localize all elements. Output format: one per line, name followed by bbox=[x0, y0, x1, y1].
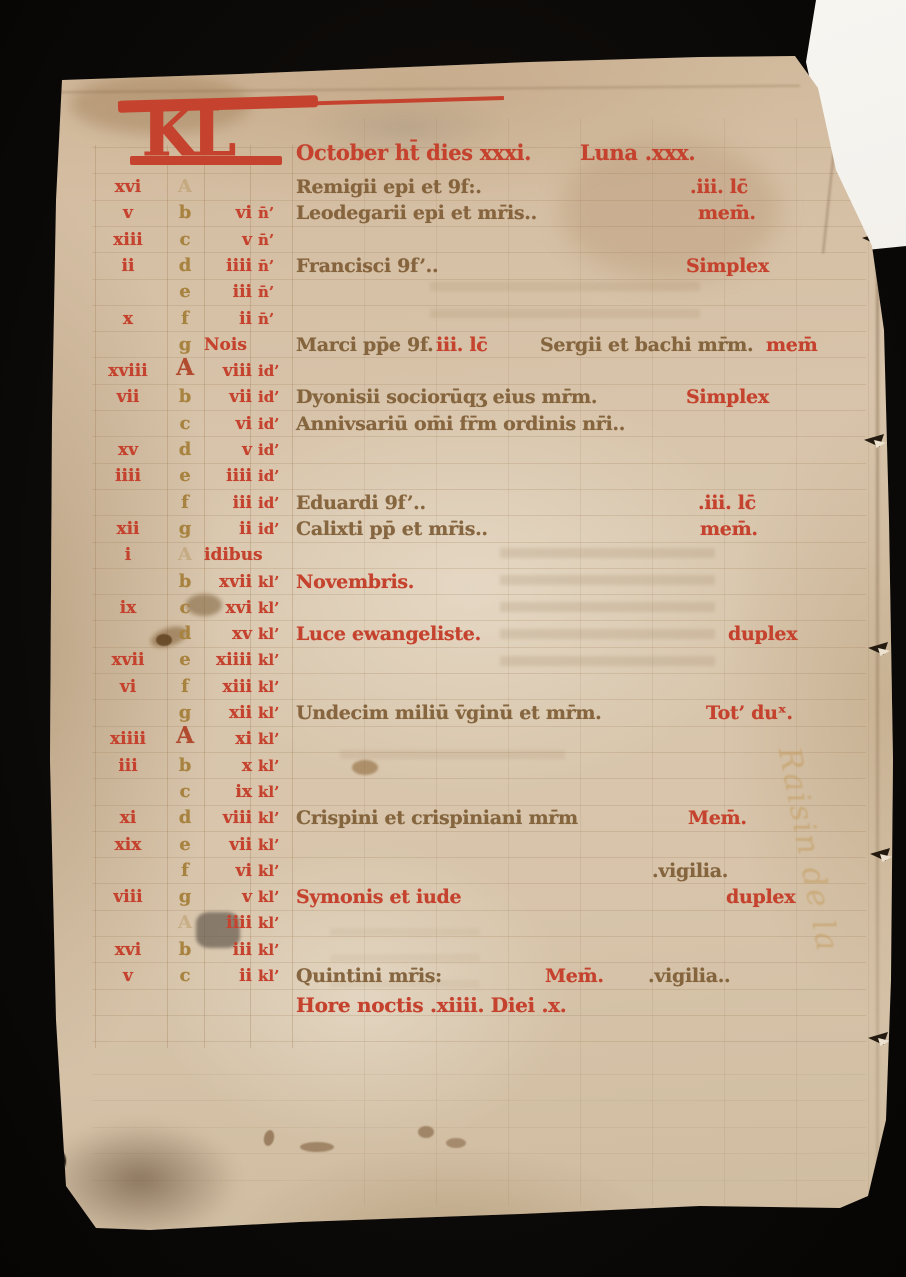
ruling-line bbox=[92, 436, 866, 437]
calendar-row: xviiiAviiiid’ bbox=[0, 358, 906, 385]
kl-bottom-bar bbox=[130, 156, 282, 165]
roman-mark: id’ bbox=[258, 463, 298, 489]
calendar-row: vifxiiikl’ bbox=[0, 674, 906, 701]
dominical-letter: b bbox=[168, 753, 202, 779]
day-number: ii bbox=[198, 306, 252, 332]
dominical-letter: g bbox=[168, 884, 202, 910]
day-number: x bbox=[198, 753, 252, 779]
roman-mark: n̄’ bbox=[258, 279, 298, 305]
ruling-line bbox=[92, 357, 866, 358]
day-number: v bbox=[198, 884, 252, 910]
dominical-letter: f bbox=[168, 490, 202, 516]
golden-number: xiii bbox=[96, 227, 160, 253]
calendar-row: xidviiikl’Crispini et crispiniani mr̄mMe… bbox=[0, 805, 906, 832]
golden-number: iiii bbox=[96, 463, 160, 489]
smudge bbox=[196, 912, 240, 948]
roman-mark: id’ bbox=[258, 411, 298, 437]
feast-entry: Luce ewangeliste. bbox=[296, 621, 481, 647]
day-number: iii bbox=[198, 490, 252, 516]
show-through-text bbox=[330, 928, 480, 994]
calendar-row: fiiiid’Eduardi 9f’...iii. lc̄ bbox=[0, 490, 906, 517]
feast-entry: Remigii epi et 9f:. bbox=[296, 174, 482, 200]
golden-number: i bbox=[96, 542, 160, 568]
dominical-letter: c bbox=[168, 779, 202, 805]
feast-entry: Calixti pp̄ et mr̄is.. bbox=[296, 516, 488, 542]
calendar-row: xiigiiid’Calixti pp̄ et mr̄is..mem̄. bbox=[0, 516, 906, 543]
roman-mark: id’ bbox=[258, 358, 298, 384]
stain bbox=[352, 760, 378, 775]
dominical-letter: e bbox=[168, 463, 202, 489]
calendar-row: iAidibus bbox=[0, 542, 906, 569]
golden-number: xi bbox=[96, 805, 160, 831]
day-number: viii bbox=[198, 358, 252, 384]
feast-entry: Mem̄. bbox=[688, 805, 747, 831]
feast-entry: Mem̄. bbox=[545, 963, 604, 989]
day-number: vi bbox=[198, 200, 252, 226]
ruling-line bbox=[92, 542, 866, 543]
roman-mark: kl’ bbox=[258, 805, 298, 831]
calendar-row: cixkl’ bbox=[0, 779, 906, 806]
roman-mark: id’ bbox=[258, 516, 298, 542]
dominical-letter: c bbox=[168, 411, 202, 437]
ink-spot bbox=[156, 634, 172, 646]
ruling-line bbox=[92, 778, 866, 779]
ruling-line bbox=[92, 384, 866, 385]
dominical-letter: d bbox=[168, 253, 202, 279]
roman-mark: id’ bbox=[258, 384, 298, 410]
roman-mark: id’ bbox=[258, 437, 298, 463]
dominical-letter: f bbox=[168, 674, 202, 700]
day-number: vi bbox=[198, 858, 252, 884]
offset-mark bbox=[446, 1138, 466, 1148]
day-number: vi bbox=[198, 411, 252, 437]
calendar-row: viibviiid’Dyonisii sociorūqʒ eius mr̄m.S… bbox=[0, 384, 906, 411]
roman-mark: n̄’ bbox=[258, 253, 298, 279]
roman-mark: kl’ bbox=[258, 858, 298, 884]
dominical-letter: e bbox=[168, 279, 202, 305]
golden-number: xvii bbox=[96, 647, 160, 673]
roman-mark: n̄’ bbox=[258, 227, 298, 253]
feast-entry: duplex bbox=[726, 884, 795, 910]
roman-mark: kl’ bbox=[258, 937, 298, 963]
golden-number: xviii bbox=[96, 358, 160, 384]
kl-monogram: KL bbox=[126, 94, 316, 172]
day-number: Nois bbox=[204, 332, 314, 358]
dominical-letter: e bbox=[168, 832, 202, 858]
feast-entry: iii. lc̄ bbox=[436, 332, 488, 358]
roman-mark: kl’ bbox=[258, 647, 298, 673]
ruling-line bbox=[92, 1100, 866, 1101]
calendar-row: gxiikl’Undecim miliū v̄ginū et mr̄m.Tot’… bbox=[0, 700, 906, 727]
dominical-letter: b bbox=[168, 200, 202, 226]
ruling-line bbox=[92, 726, 866, 727]
feast-entry: mem̄ bbox=[766, 332, 817, 358]
roman-mark: kl’ bbox=[258, 595, 298, 621]
fold-crease bbox=[876, 250, 879, 1200]
feast-entry: .iii. lc̄ bbox=[698, 490, 756, 516]
day-number: xv bbox=[198, 621, 252, 647]
ruling-line bbox=[167, 145, 168, 1048]
golden-number: viii bbox=[96, 884, 160, 910]
ruling-line bbox=[92, 489, 866, 490]
day-number: idibus bbox=[204, 542, 314, 568]
luna-header: Luna .xxx. bbox=[580, 140, 695, 166]
golden-number: v bbox=[96, 963, 160, 989]
ruling-line bbox=[92, 568, 866, 569]
roman-mark: id’ bbox=[258, 490, 298, 516]
ruling-line bbox=[92, 699, 866, 700]
golden-number: vii bbox=[96, 384, 160, 410]
ruling-line bbox=[250, 145, 251, 1048]
feast-entry: Dyonisii sociorūqʒ eius mr̄m. bbox=[296, 384, 597, 410]
ruling-line bbox=[364, 118, 365, 1205]
ruling-line bbox=[92, 805, 866, 806]
dominical-letter: d bbox=[168, 805, 202, 831]
ruling-line bbox=[92, 1074, 866, 1075]
ruling-line bbox=[92, 647, 866, 648]
ruling-line bbox=[92, 831, 866, 832]
ruling-line bbox=[92, 279, 866, 280]
feast-entry: mem̄. bbox=[700, 516, 758, 542]
ruling-line bbox=[92, 410, 866, 411]
ruling-line bbox=[92, 883, 866, 884]
month-header: October ht̄ dies xxxi. bbox=[296, 140, 531, 166]
golden-number: x bbox=[96, 306, 160, 332]
ruling-line bbox=[92, 620, 866, 621]
dominical-letter: A bbox=[168, 542, 202, 568]
feast-entry: Francisci 9f’.. bbox=[296, 253, 438, 279]
golden-number: iii bbox=[96, 753, 160, 779]
day-number: ii bbox=[198, 963, 252, 989]
ruling-line bbox=[95, 145, 96, 1048]
smudge bbox=[186, 594, 222, 616]
roman-mark: n̄’ bbox=[258, 200, 298, 226]
calendar-row: viiigvkl’Symonis et iudeduplex bbox=[0, 884, 906, 911]
ruling-line bbox=[92, 515, 866, 516]
roman-mark: kl’ bbox=[258, 910, 298, 936]
golden-number: xvi bbox=[96, 937, 160, 963]
roman-mark: kl’ bbox=[258, 621, 298, 647]
dominical-letter: c bbox=[168, 227, 202, 253]
day-number: iiii bbox=[198, 253, 252, 279]
feast-entry: Undecim miliū v̄ginū et mr̄m. bbox=[296, 700, 601, 726]
calendar-row: xvdvid’ bbox=[0, 437, 906, 464]
calendar-row: ixcxvikl’ bbox=[0, 595, 906, 622]
roman-mark: kl’ bbox=[258, 884, 298, 910]
day-number: ii bbox=[198, 516, 252, 542]
dominical-letter: A bbox=[168, 355, 202, 381]
ruling-line bbox=[724, 118, 725, 1205]
roman-mark: kl’ bbox=[258, 674, 298, 700]
roman-mark: kl’ bbox=[258, 963, 298, 989]
ruling-line bbox=[92, 673, 866, 674]
ruling-line bbox=[796, 118, 797, 1205]
calendar-row: xviiexiiiikl’ bbox=[0, 647, 906, 674]
calendar-row: iidiiiin̄’Francisci 9f’..Simplex bbox=[0, 253, 906, 280]
dominical-letter: g bbox=[168, 700, 202, 726]
show-through-text bbox=[430, 282, 700, 322]
roman-mark: kl’ bbox=[258, 779, 298, 805]
day-number: iiii bbox=[198, 463, 252, 489]
dominical-letter: g bbox=[168, 332, 202, 358]
feast-entry: Novembris. bbox=[296, 569, 414, 595]
calendar-row: gNoisMarci pp̄e 9f.iii. lc̄Sergii et bac… bbox=[0, 332, 906, 359]
dominical-letter: f bbox=[168, 306, 202, 332]
ruling-line bbox=[92, 331, 866, 332]
calendar-row: bxviikl’Novembris. bbox=[0, 569, 906, 596]
feast-entry: Crispini et crispiniani mr̄m bbox=[296, 805, 578, 831]
golden-number: xv bbox=[96, 437, 160, 463]
dominical-letter: e bbox=[168, 647, 202, 673]
day-number: xiiii bbox=[198, 647, 252, 673]
offset-mark bbox=[300, 1142, 334, 1152]
roman-mark: kl’ bbox=[258, 569, 298, 595]
day-number: viii bbox=[198, 805, 252, 831]
feast-entry: Leodegarii epi et mr̄is.. bbox=[296, 200, 537, 226]
offset-mark bbox=[418, 1126, 434, 1138]
feast-entry: Marci pp̄e 9f. bbox=[296, 332, 433, 358]
feast-entry: duplex bbox=[728, 621, 797, 647]
golden-number: v bbox=[96, 200, 160, 226]
day-number: v bbox=[198, 227, 252, 253]
ruling-line bbox=[92, 1041, 866, 1042]
ruling-line bbox=[868, 118, 869, 1205]
feast-entry: Eduardi 9f’.. bbox=[296, 490, 426, 516]
dominical-letter: b bbox=[168, 384, 202, 410]
calendar-row: iiiieiiiiid’ bbox=[0, 463, 906, 490]
roman-mark: kl’ bbox=[258, 726, 298, 752]
dominical-letter: b bbox=[168, 569, 202, 595]
dominical-letter: d bbox=[168, 437, 202, 463]
ruling-line bbox=[92, 463, 866, 464]
feast-entry: Sergii et bachi mr̄m. bbox=[540, 332, 753, 358]
feast-entry: .vigilia.. bbox=[648, 963, 730, 989]
golden-number: ix bbox=[96, 595, 160, 621]
golden-number: xii bbox=[96, 516, 160, 542]
roman-mark: kl’ bbox=[258, 753, 298, 779]
day-number: vii bbox=[198, 832, 252, 858]
hours-line: Hore noctis .xiiii. Diei .x. bbox=[296, 992, 566, 1018]
roman-mark: kl’ bbox=[258, 700, 298, 726]
day-number: xii bbox=[198, 700, 252, 726]
dominical-letter: c bbox=[168, 963, 202, 989]
ruling-line bbox=[292, 145, 293, 1048]
parchment-page: KL October ht̄ dies xxxi. Luna .xxx. xvi… bbox=[0, 0, 906, 1277]
day-number: xvii bbox=[198, 569, 252, 595]
dominical-letter: A bbox=[168, 723, 202, 749]
day-number: v bbox=[198, 437, 252, 463]
feast-entry: .vigilia. bbox=[652, 858, 728, 884]
show-through-text bbox=[500, 548, 715, 670]
dominical-letter: A bbox=[168, 174, 202, 200]
feast-entry: Annivsariū om̄i fr̄m ordinis nr̄i.. bbox=[296, 411, 625, 437]
roman-mark: kl’ bbox=[258, 832, 298, 858]
dominical-letter: f bbox=[168, 858, 202, 884]
day-number: iii bbox=[198, 279, 252, 305]
feast-entry: Tot’ duˣ. bbox=[706, 700, 793, 726]
calendar-row: fvikl’.vigilia. bbox=[0, 858, 906, 885]
offset-mark bbox=[262, 1129, 275, 1147]
golden-number: vi bbox=[96, 674, 160, 700]
dominical-letter: g bbox=[168, 516, 202, 542]
feast-entry: Symonis et iude bbox=[296, 884, 461, 910]
golden-number: xiiii bbox=[96, 726, 160, 752]
sewing-hole bbox=[868, 640, 894, 658]
calendar-row: xixeviikl’ bbox=[0, 832, 906, 859]
feast-entry: Simplex bbox=[686, 384, 769, 410]
ruling-line bbox=[92, 857, 866, 858]
manuscript-photo: { "manuscript": { "kl_monogram": "KL", "… bbox=[0, 0, 906, 1277]
ruling-line bbox=[92, 910, 866, 911]
day-number: xi bbox=[198, 726, 252, 752]
calendar-row: cviid’Annivsariū om̄i fr̄m ordinis nr̄i.… bbox=[0, 411, 906, 438]
day-number: xiii bbox=[198, 674, 252, 700]
golden-number: xix bbox=[96, 832, 160, 858]
day-number: ix bbox=[198, 779, 252, 805]
golden-number: ii bbox=[96, 253, 160, 279]
marginal-inscription: Raisin de la bbox=[771, 744, 846, 956]
calendar-row: dxvkl’Luce ewangeliste.duplex bbox=[0, 621, 906, 648]
golden-number: xvi bbox=[96, 174, 160, 200]
roman-mark: n̄’ bbox=[258, 306, 298, 332]
day-number: vii bbox=[198, 384, 252, 410]
